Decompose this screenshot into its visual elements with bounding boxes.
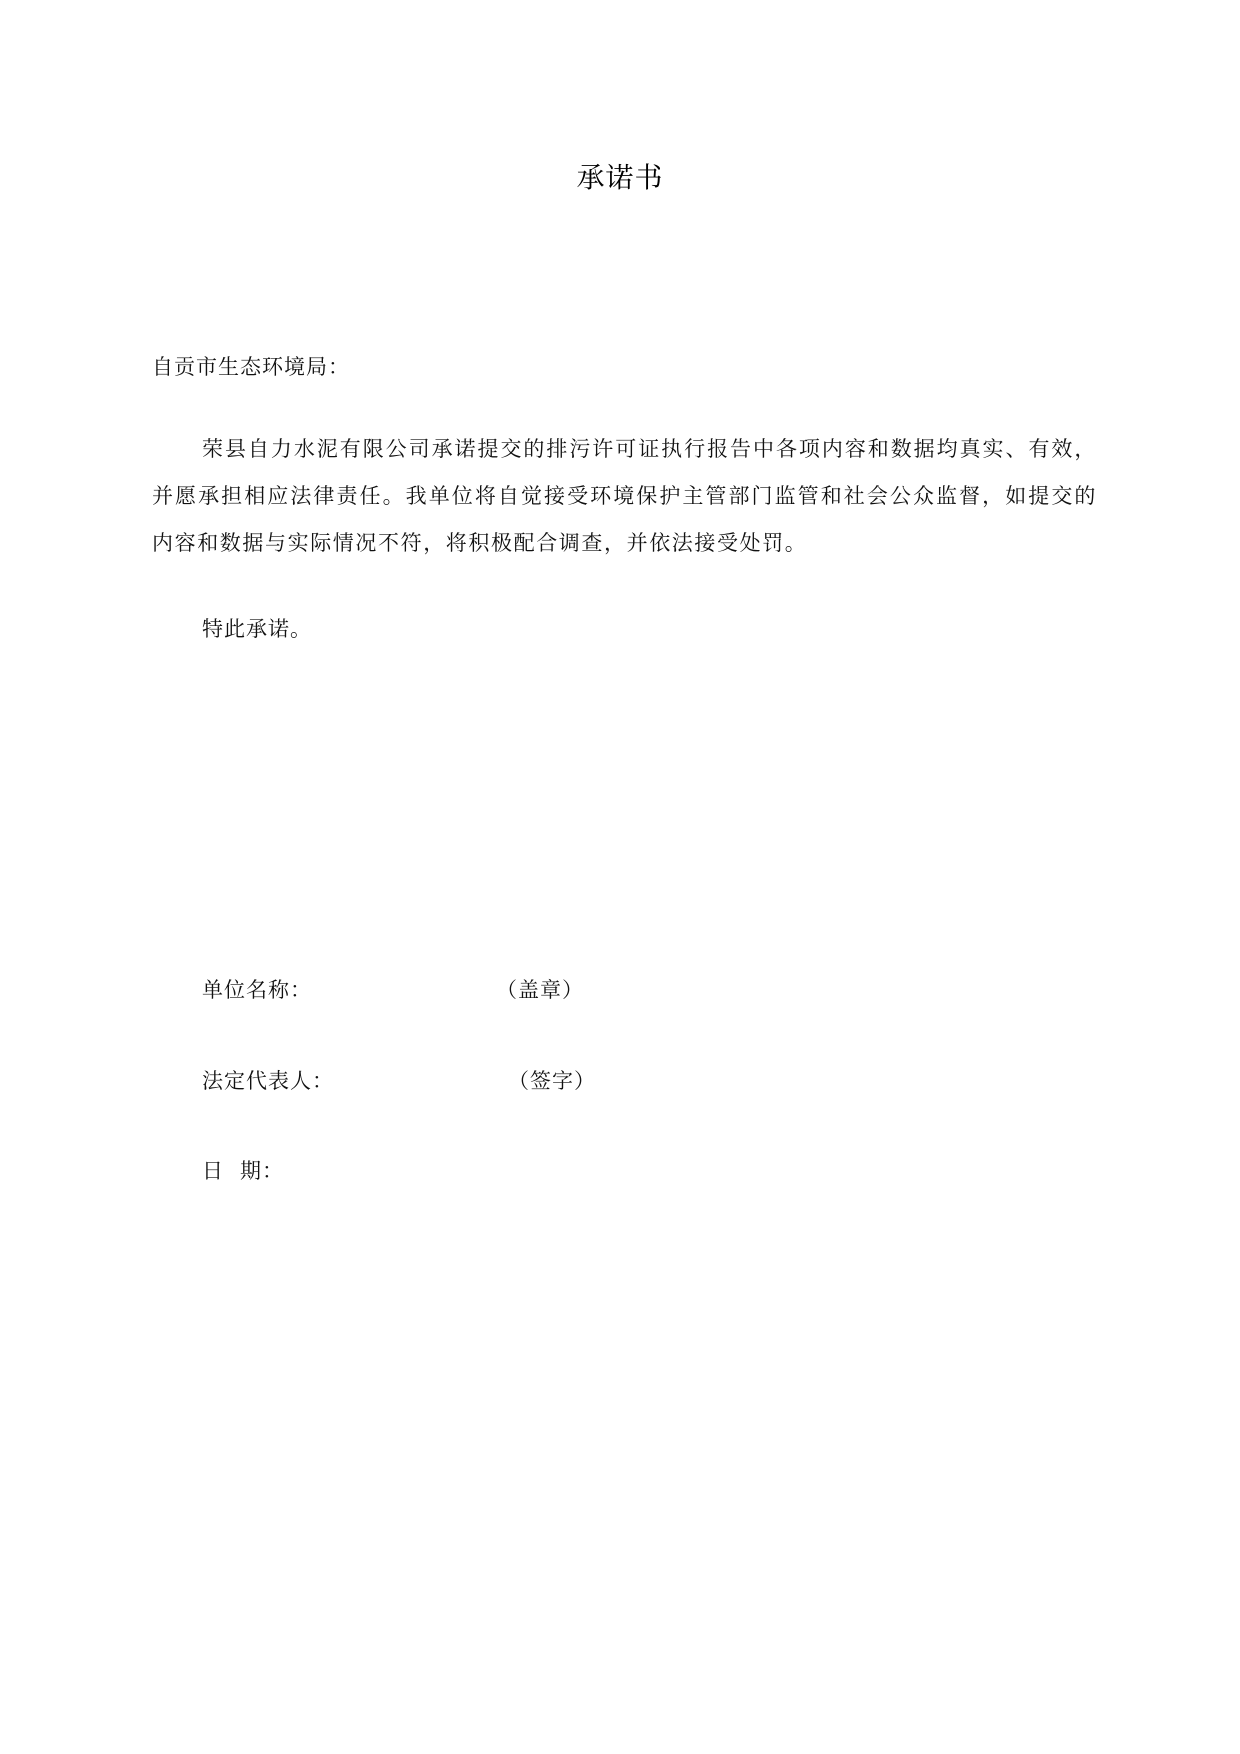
legal-representative-label: 法定代表人：: [202, 1069, 334, 1093]
commitment-paragraph: 荣县自力水泥有限公司承诺提交的排污许可证执行报告中各项内容和数据均真实、有效，并…: [152, 426, 1097, 567]
signature-note: （签字）: [508, 1066, 596, 1096]
unit-name-row: 单位名称： （盖章）: [202, 975, 312, 1005]
seal-note: （盖章）: [496, 975, 584, 1005]
date-label-part1: 日: [202, 1159, 224, 1183]
date-label-part2: 期：: [240, 1159, 284, 1183]
document-title: 承诺书: [0, 158, 1240, 198]
addressee: 自贡市生态环境局：: [152, 352, 350, 382]
unit-name-label: 单位名称：: [202, 978, 312, 1002]
closing-statement: 特此承诺。: [202, 614, 312, 644]
date-row: 日期：: [202, 1156, 284, 1186]
legal-representative-row: 法定代表人： （签字）: [202, 1066, 334, 1096]
